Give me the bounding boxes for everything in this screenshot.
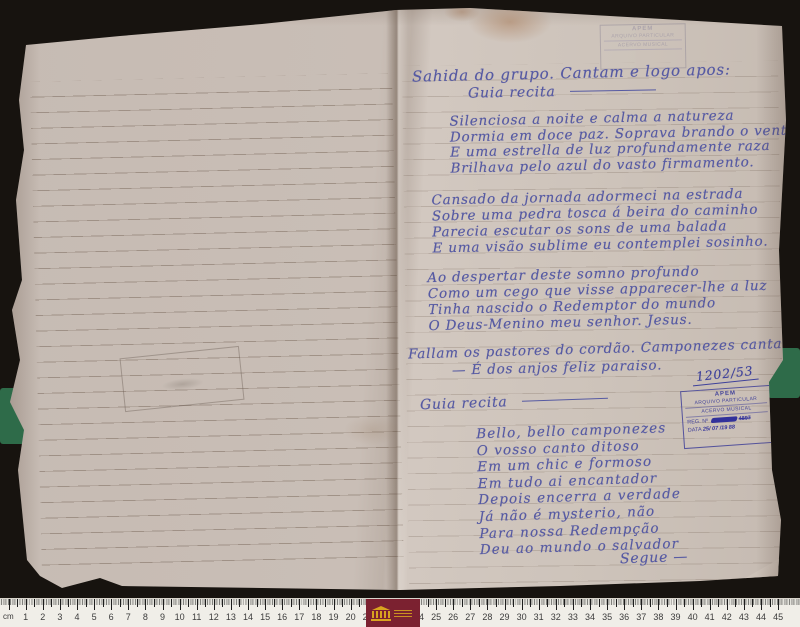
scanned-notebook-spread: 〰 -5- APEM ARQUIVO PARTICULAR ACERVO MUS…	[0, 0, 800, 627]
cm-tick	[727, 599, 728, 610]
logo-text-lines	[394, 610, 412, 618]
cm-tick	[145, 599, 146, 610]
ruler-number: 14	[243, 612, 253, 622]
ruler-number: 39	[670, 612, 680, 622]
ruler-number: 34	[585, 612, 595, 622]
ruler-number: 11	[192, 612, 201, 622]
half-cm-tick	[496, 599, 497, 607]
ruler-number: 9	[160, 612, 165, 622]
ruler-number: 29	[499, 612, 509, 622]
half-cm-tick	[564, 599, 565, 607]
ruler-number: 12	[209, 612, 219, 622]
half-cm-tick	[718, 599, 719, 607]
cm-tick	[180, 599, 181, 610]
ruler-number: 43	[739, 612, 749, 622]
cm-tick	[676, 599, 677, 610]
half-cm-tick	[86, 599, 87, 607]
cm-tick	[487, 599, 488, 610]
center-fold	[386, 6, 408, 592]
half-cm-tick	[154, 599, 155, 607]
half-cm-tick	[479, 599, 480, 607]
ruler-number: 15	[260, 612, 270, 622]
cm-tick	[94, 599, 95, 610]
half-cm-tick	[599, 599, 600, 607]
half-cm-tick	[445, 599, 446, 607]
cm-tick	[539, 599, 540, 610]
half-cm-tick	[513, 599, 514, 607]
cm-tick	[265, 599, 266, 610]
ruler-number: 38	[653, 612, 663, 622]
ruler-number: 42	[722, 612, 732, 622]
half-cm-tick	[581, 599, 582, 607]
cm-tick	[607, 599, 608, 610]
scene-heading: Sahida do grupo. Cantam e logo apos:	[412, 60, 731, 85]
cm-tick	[316, 599, 317, 610]
ruled-lines-left-page	[30, 73, 404, 574]
cm-tick	[624, 599, 625, 610]
ruler-number: 27	[465, 612, 475, 622]
cue-guia-recita: Guia recita	[468, 82, 656, 101]
half-cm-tick	[428, 599, 429, 607]
ruler-number: 7	[126, 612, 131, 622]
half-cm-tick	[51, 599, 52, 607]
ruler-unit-label: cm	[3, 612, 14, 621]
half-cm-tick	[616, 599, 617, 607]
half-cm-tick	[291, 599, 292, 607]
half-cm-tick	[547, 599, 548, 607]
half-cm-tick	[137, 599, 138, 607]
half-cm-tick	[462, 599, 463, 607]
half-cm-tick	[171, 599, 172, 607]
registry-number: 1202/53	[691, 363, 758, 387]
hand-drawn-rule	[522, 398, 608, 402]
half-cm-tick	[257, 599, 258, 607]
cm-tick	[128, 599, 129, 610]
cm-tick	[299, 599, 300, 610]
half-cm-tick	[530, 599, 531, 607]
half-cm-tick	[120, 599, 121, 607]
stamp-line3: ACERVO MUSICAL	[604, 41, 682, 50]
half-cm-tick	[239, 599, 240, 607]
half-cm-tick	[222, 599, 223, 607]
ruler-number: 18	[311, 612, 321, 622]
ruler-number: 6	[109, 612, 114, 622]
cm-tick	[26, 599, 27, 610]
half-cm-tick	[68, 599, 69, 607]
half-cm-tick	[205, 599, 206, 607]
stanza-1: Silenciosa a noite e calma a naturezaDor…	[449, 107, 796, 177]
half-cm-tick	[667, 599, 668, 607]
half-cm-tick	[342, 599, 343, 607]
ruler-number: 20	[346, 612, 356, 622]
half-cm-tick	[325, 599, 326, 607]
ruler-number: 3	[57, 612, 62, 622]
cm-tick	[710, 599, 711, 610]
institution-logo	[366, 599, 420, 627]
ruler-number: 19	[328, 612, 338, 622]
notebook-pages: 〰 -5- APEM ARQUIVO PARTICULAR ACERVO MUS…	[0, 0, 800, 627]
half-cm-tick	[188, 599, 189, 607]
cm-tick	[436, 599, 437, 610]
ruler-number: 17	[294, 612, 304, 622]
cm-tick	[470, 599, 471, 610]
ruler-number: 5	[92, 612, 97, 622]
stanza-4: Bello, bello camponezesO vosso canto dit…	[476, 420, 683, 559]
ruler-number: 35	[602, 612, 612, 622]
cm-tick	[60, 599, 61, 610]
ruler-number: 2	[40, 612, 45, 622]
cm-tick	[573, 599, 574, 610]
half-cm-tick	[633, 599, 634, 607]
cm-tick	[453, 599, 454, 610]
cm-tick	[556, 599, 557, 610]
ruler-number: 37	[636, 612, 646, 622]
cm-tick	[778, 599, 779, 610]
stamp-line2: ARQUIVO PARTICULAR	[604, 32, 682, 41]
half-cm-tick	[735, 599, 736, 607]
stanza-3: Ao despertar deste somno profundoComo um…	[427, 262, 768, 334]
ruler-number: 33	[568, 612, 578, 622]
ruler-number: 32	[551, 612, 561, 622]
measurement-ruler: 1234567891011121314151617181920212223242…	[0, 598, 800, 627]
cm-tick	[334, 599, 335, 610]
half-cm-tick	[359, 599, 360, 607]
ruler-number: 8	[143, 612, 148, 622]
ruler-number: 31	[534, 612, 544, 622]
half-cm-tick	[752, 599, 753, 607]
half-cm-tick	[650, 599, 651, 607]
museum-building-icon	[371, 606, 391, 621]
cm-tick	[197, 599, 198, 610]
ruler-number: 45	[773, 612, 783, 622]
ruler-number: 1	[23, 612, 28, 622]
cm-tick	[641, 599, 642, 610]
stage-direction-2: — É dos anjos feliz paraiso.	[452, 357, 663, 378]
half-cm-tick	[770, 599, 771, 607]
half-cm-tick	[34, 599, 35, 607]
ruler-number: 26	[448, 612, 458, 622]
ruler-number: 30	[517, 612, 527, 622]
ruler-number: 13	[226, 612, 236, 622]
cm-tick	[9, 599, 10, 610]
ruler-number: 44	[756, 612, 766, 622]
ruler-number: 16	[277, 612, 287, 622]
cm-tick	[43, 599, 44, 610]
ruler-number: 4	[74, 612, 79, 622]
cm-tick	[282, 599, 283, 610]
archive-stamp: APEM ARQUIVO PARTICULAR ACERVO MUSICAL R…	[680, 385, 774, 449]
half-cm-tick	[684, 599, 685, 607]
cm-tick	[522, 599, 523, 610]
cm-tick	[248, 599, 249, 610]
cm-tick	[744, 599, 745, 610]
cue-guia-recita-2: Guia recita	[420, 391, 608, 414]
ruler-number: 28	[482, 612, 492, 622]
ruler-number: 10	[175, 612, 185, 622]
cm-tick	[693, 599, 694, 610]
cm-tick	[658, 599, 659, 610]
half-cm-tick	[103, 599, 104, 607]
cm-tick	[505, 599, 506, 610]
cm-tick	[761, 599, 762, 610]
page-corner-crease	[742, 556, 784, 580]
page-number: -5-	[740, 9, 765, 26]
hand-drawn-rule	[570, 89, 656, 92]
cm-tick	[351, 599, 352, 610]
ruler-number: 41	[705, 612, 715, 622]
ruler-number: 40	[688, 612, 698, 622]
half-cm-tick	[274, 599, 275, 607]
ink-doodle: 〰	[26, 7, 52, 29]
cm-tick	[111, 599, 112, 610]
half-cm-tick	[701, 599, 702, 607]
bleed-through-stamp	[120, 346, 245, 412]
ruler-number: 25	[431, 612, 441, 622]
cm-tick	[214, 599, 215, 610]
ruler-number: 36	[619, 612, 629, 622]
crossed-out-entry	[710, 416, 737, 423]
half-cm-tick	[17, 599, 18, 607]
stanza-2: Cansado da jornada adormeci na estradaSo…	[431, 185, 768, 256]
cm-tick	[590, 599, 591, 610]
half-cm-tick	[308, 599, 309, 607]
cm-tick	[77, 599, 78, 610]
cm-tick	[231, 599, 232, 610]
cm-tick	[163, 599, 164, 610]
continuation-note: Segue —	[620, 549, 689, 567]
